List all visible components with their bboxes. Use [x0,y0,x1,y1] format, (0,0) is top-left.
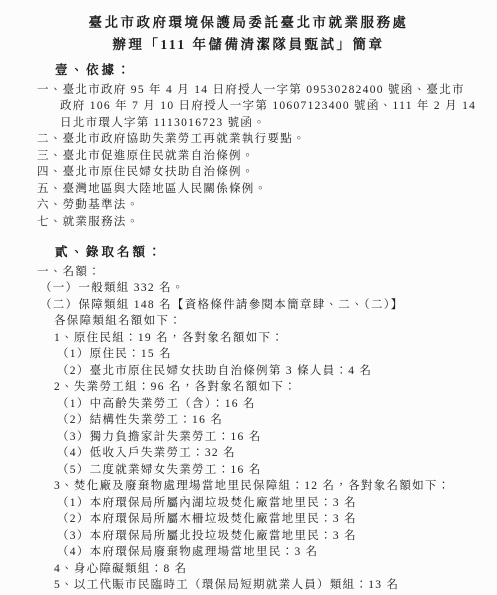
document-title-line1: 臺北市政府環境保護局委託臺北市就業服務處 [0,12,497,34]
document-line: 3、焚化廠及廢棄物處理場當地里民保障組：12 名，各對象名額如下： [54,478,497,495]
section-heading: 貳、錄取名額： [55,244,497,261]
recruitment-notice-document: 臺北市政府環境保護局委託臺北市就業服務處 辦理「111 年儲備清潔隊員甄試」簡章… [0,0,497,595]
document-title: 臺北市政府環境保護局委託臺北市就業服務處 辦理「111 年儲備清潔隊員甄試」簡章 [0,0,497,56]
document-line: 四、臺北市原住民婦女扶助自治條例。 [37,164,497,181]
document-line: （3）獨力負擔家計失業勞工：16 名 [57,429,497,446]
document-body: 壹、依據：一、臺北市政府 95 年 4 月 14 日府授人一字第 0953028… [0,62,497,594]
document-line: （1）本府環保局所屬內湖垃圾焚化廠當地里民：3 名 [57,495,497,512]
document-line: 五、臺灣地區與大陸地區人民關係條例。 [37,181,497,198]
document-line: （一）一般類組 332 名。 [40,280,497,297]
document-line: 日北市環人字第 1113016723 號函。 [60,115,497,132]
document-line: （二）保障類組 148 名【資格條件請參閱本簡章肆、二、（二）】 [40,297,497,314]
document-line: （2）本府環保局所屬木柵垃圾焚化廠當地里民：3 名 [57,511,497,528]
document-line: 一、名額： [37,264,497,281]
document-line: （1）中高齡失業勞工（含）：16 名 [57,396,497,413]
document-line: （1）原住民：15 名 [57,346,497,363]
document-line: 政府 106 年 7 月 10 日府授人一字第 10607123400 號函、1… [60,98,497,115]
document-line: 三、臺北市促進原住民就業自治條例。 [37,148,497,165]
document-line: 二、臺北市政府協助失業勞工再就業執行要點。 [37,131,497,148]
document-line: （2）結構性失業勞工：16 名 [57,412,497,429]
document-line: 各保障類組名額如下： [54,313,497,330]
document-line: （4）低收入戶失業勞工：32 名 [57,445,497,462]
document-line: （3）本府環保局所屬北投垃圾焚化廠當地里民：3 名 [57,528,497,545]
document-line: 2、失業勞工組：96 名，各對象名額如下： [54,379,497,396]
document-line: （4）本府環保局廢棄物處理場當地里民：3 名 [57,544,497,561]
document-line: （2）臺北市原住民婦女扶助自治條例第 3 條人員：4 名 [57,363,497,380]
document-line: 5、以工代賑市民臨時工（環保局短期就業人員）類組：13 名 [54,577,497,594]
document-line: （5）二度就業婦女失業勞工：16 名 [57,462,497,479]
document-line: 七、就業服務法。 [37,214,497,231]
document-line: 1、原住民組：19 名，各對象名額如下： [54,330,497,347]
document-title-line2: 辦理「111 年儲備清潔隊員甄試」簡章 [0,34,497,56]
document-line: 4、身心障礙類組：8 名 [54,561,497,578]
document-line: 一、臺北市政府 95 年 4 月 14 日府授人一字第 09530282400 … [37,82,497,99]
document-line: 六、勞動基準法。 [37,197,497,214]
section-heading: 壹、依據： [55,62,497,79]
